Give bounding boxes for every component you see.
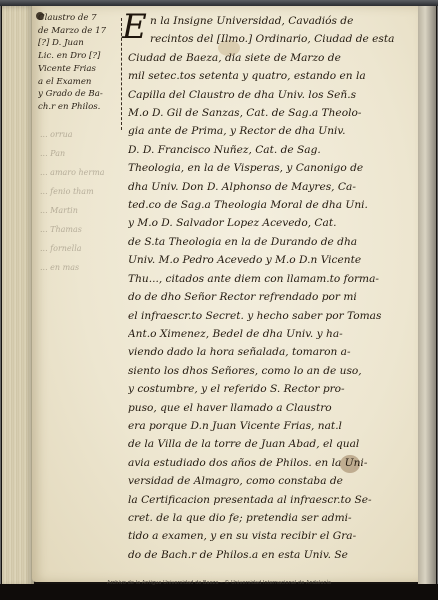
- ghost-line: ... fenio tham: [40, 182, 116, 201]
- text-line: Ant.o Ximenez, Bedel de dha Univ. y ha-: [128, 325, 418, 343]
- margin-line: ch.r en Philos.: [38, 101, 116, 114]
- margin-line: y Grado de Ba-: [38, 88, 116, 101]
- ghost-line: ... fornella: [40, 239, 116, 258]
- right-page-edge: [418, 6, 436, 586]
- text-line: recintos del [Ilmo.] Ordinario, Ciudad d…: [128, 30, 418, 48]
- bleedthrough-text: ... orrua ... Pan ... amaro herma ... fe…: [40, 125, 116, 277]
- ghost-line: ... Thamas: [40, 220, 116, 239]
- text-line: de S.ta Theologia en la de Durando de dh…: [128, 233, 418, 251]
- text-line: y M.o D. Salvador Lopez Acevedo, Cat.: [128, 214, 418, 232]
- text-line: Thu..., citados ante diem con llamam.to …: [128, 270, 418, 288]
- text-line: D. D. Francisco Nuñez, Cat. de Sag.: [128, 141, 418, 159]
- text-line: n la Insigne Universidad, Cavadiós de: [128, 12, 418, 30]
- text-line: do de dho Señor Rector refrendado por mi: [128, 288, 418, 306]
- text-line: avia estudiado dos años de Philos. en la…: [128, 454, 418, 472]
- margin-line: Claustro de 7: [38, 12, 116, 25]
- margin-line: a el Examen: [38, 76, 116, 89]
- margin-line: Vicente Frias: [38, 63, 116, 76]
- text-line: Theologia, en la de Visperas, y Canonigo…: [128, 159, 418, 177]
- margin-line: de Marzo de 17: [38, 25, 116, 38]
- text-line: viendo dado la hora señalada, tomaron a-: [128, 343, 418, 361]
- text-line: M.o D. Gil de Sanzas, Cat. de Sag.a Theo…: [128, 104, 418, 122]
- text-line: gia ante de Prima, y Rector de dha Univ.: [128, 122, 418, 140]
- margin-line: [?] D. Juan: [38, 37, 116, 50]
- text-line: dha Univ. Don D. Alphonso de Mayres, Ca-: [128, 178, 418, 196]
- text-line: Ciudad de Baeza, dia siete de Marzo de: [128, 49, 418, 67]
- text-line: Univ. M.o Pedro Acevedo y M.o D.n Vicent…: [128, 251, 418, 269]
- margin-note: Claustro de 7 de Marzo de 17 [?] D. Juan…: [38, 12, 116, 114]
- manuscript-body: n la Insigne Universidad, Cavadiós de re…: [128, 12, 418, 564]
- text-line: do de Bach.r de Philos.a en esta Univ. S…: [128, 546, 418, 564]
- ghost-line: ... en mas: [40, 258, 116, 277]
- ghost-line: ... Pan: [40, 144, 116, 163]
- text-line: de la Villa de la torre de Juan Abad, el…: [128, 435, 418, 453]
- archive-caption: Archivo de la Antigua Universidad de Bae…: [0, 580, 438, 586]
- text-line: puso, que el haver llamado a Claustro: [128, 399, 418, 417]
- text-line: y costumbre, y el referido S. Rector pro…: [128, 380, 418, 398]
- text-line: versidad de Almagro, como constaba de: [128, 472, 418, 490]
- text-line: mil setec.tos setenta y quatro, estando …: [128, 67, 418, 85]
- ghost-line: ... orrua: [40, 125, 116, 144]
- text-line: siento los dhos Señores, como lo an de u…: [128, 362, 418, 380]
- book-page-edges: [2, 6, 34, 586]
- margin-line: Lic. en Dro [?]: [38, 50, 116, 63]
- text-line: era porque D.n Juan Vicente Frias, nat.l: [128, 417, 418, 435]
- text-line: Capilla del Claustro de dha Univ. los Se…: [128, 86, 418, 104]
- text-line: cret. de la que dio fe; pretendia ser ad…: [128, 509, 418, 527]
- text-line: el infraescr.to Secret. y hecho saber po…: [128, 307, 418, 325]
- ghost-line: ... amaro herma: [40, 163, 116, 182]
- bottom-shadow: [0, 584, 438, 600]
- text-line: ted.co de Sag.a Theologia Moral de dha U…: [128, 196, 418, 214]
- ghost-line: ... Martin: [40, 201, 116, 220]
- text-line: tido a examen, y en su vista recibir el …: [128, 527, 418, 545]
- text-line: la Certificacion presentada al infraescr…: [128, 491, 418, 509]
